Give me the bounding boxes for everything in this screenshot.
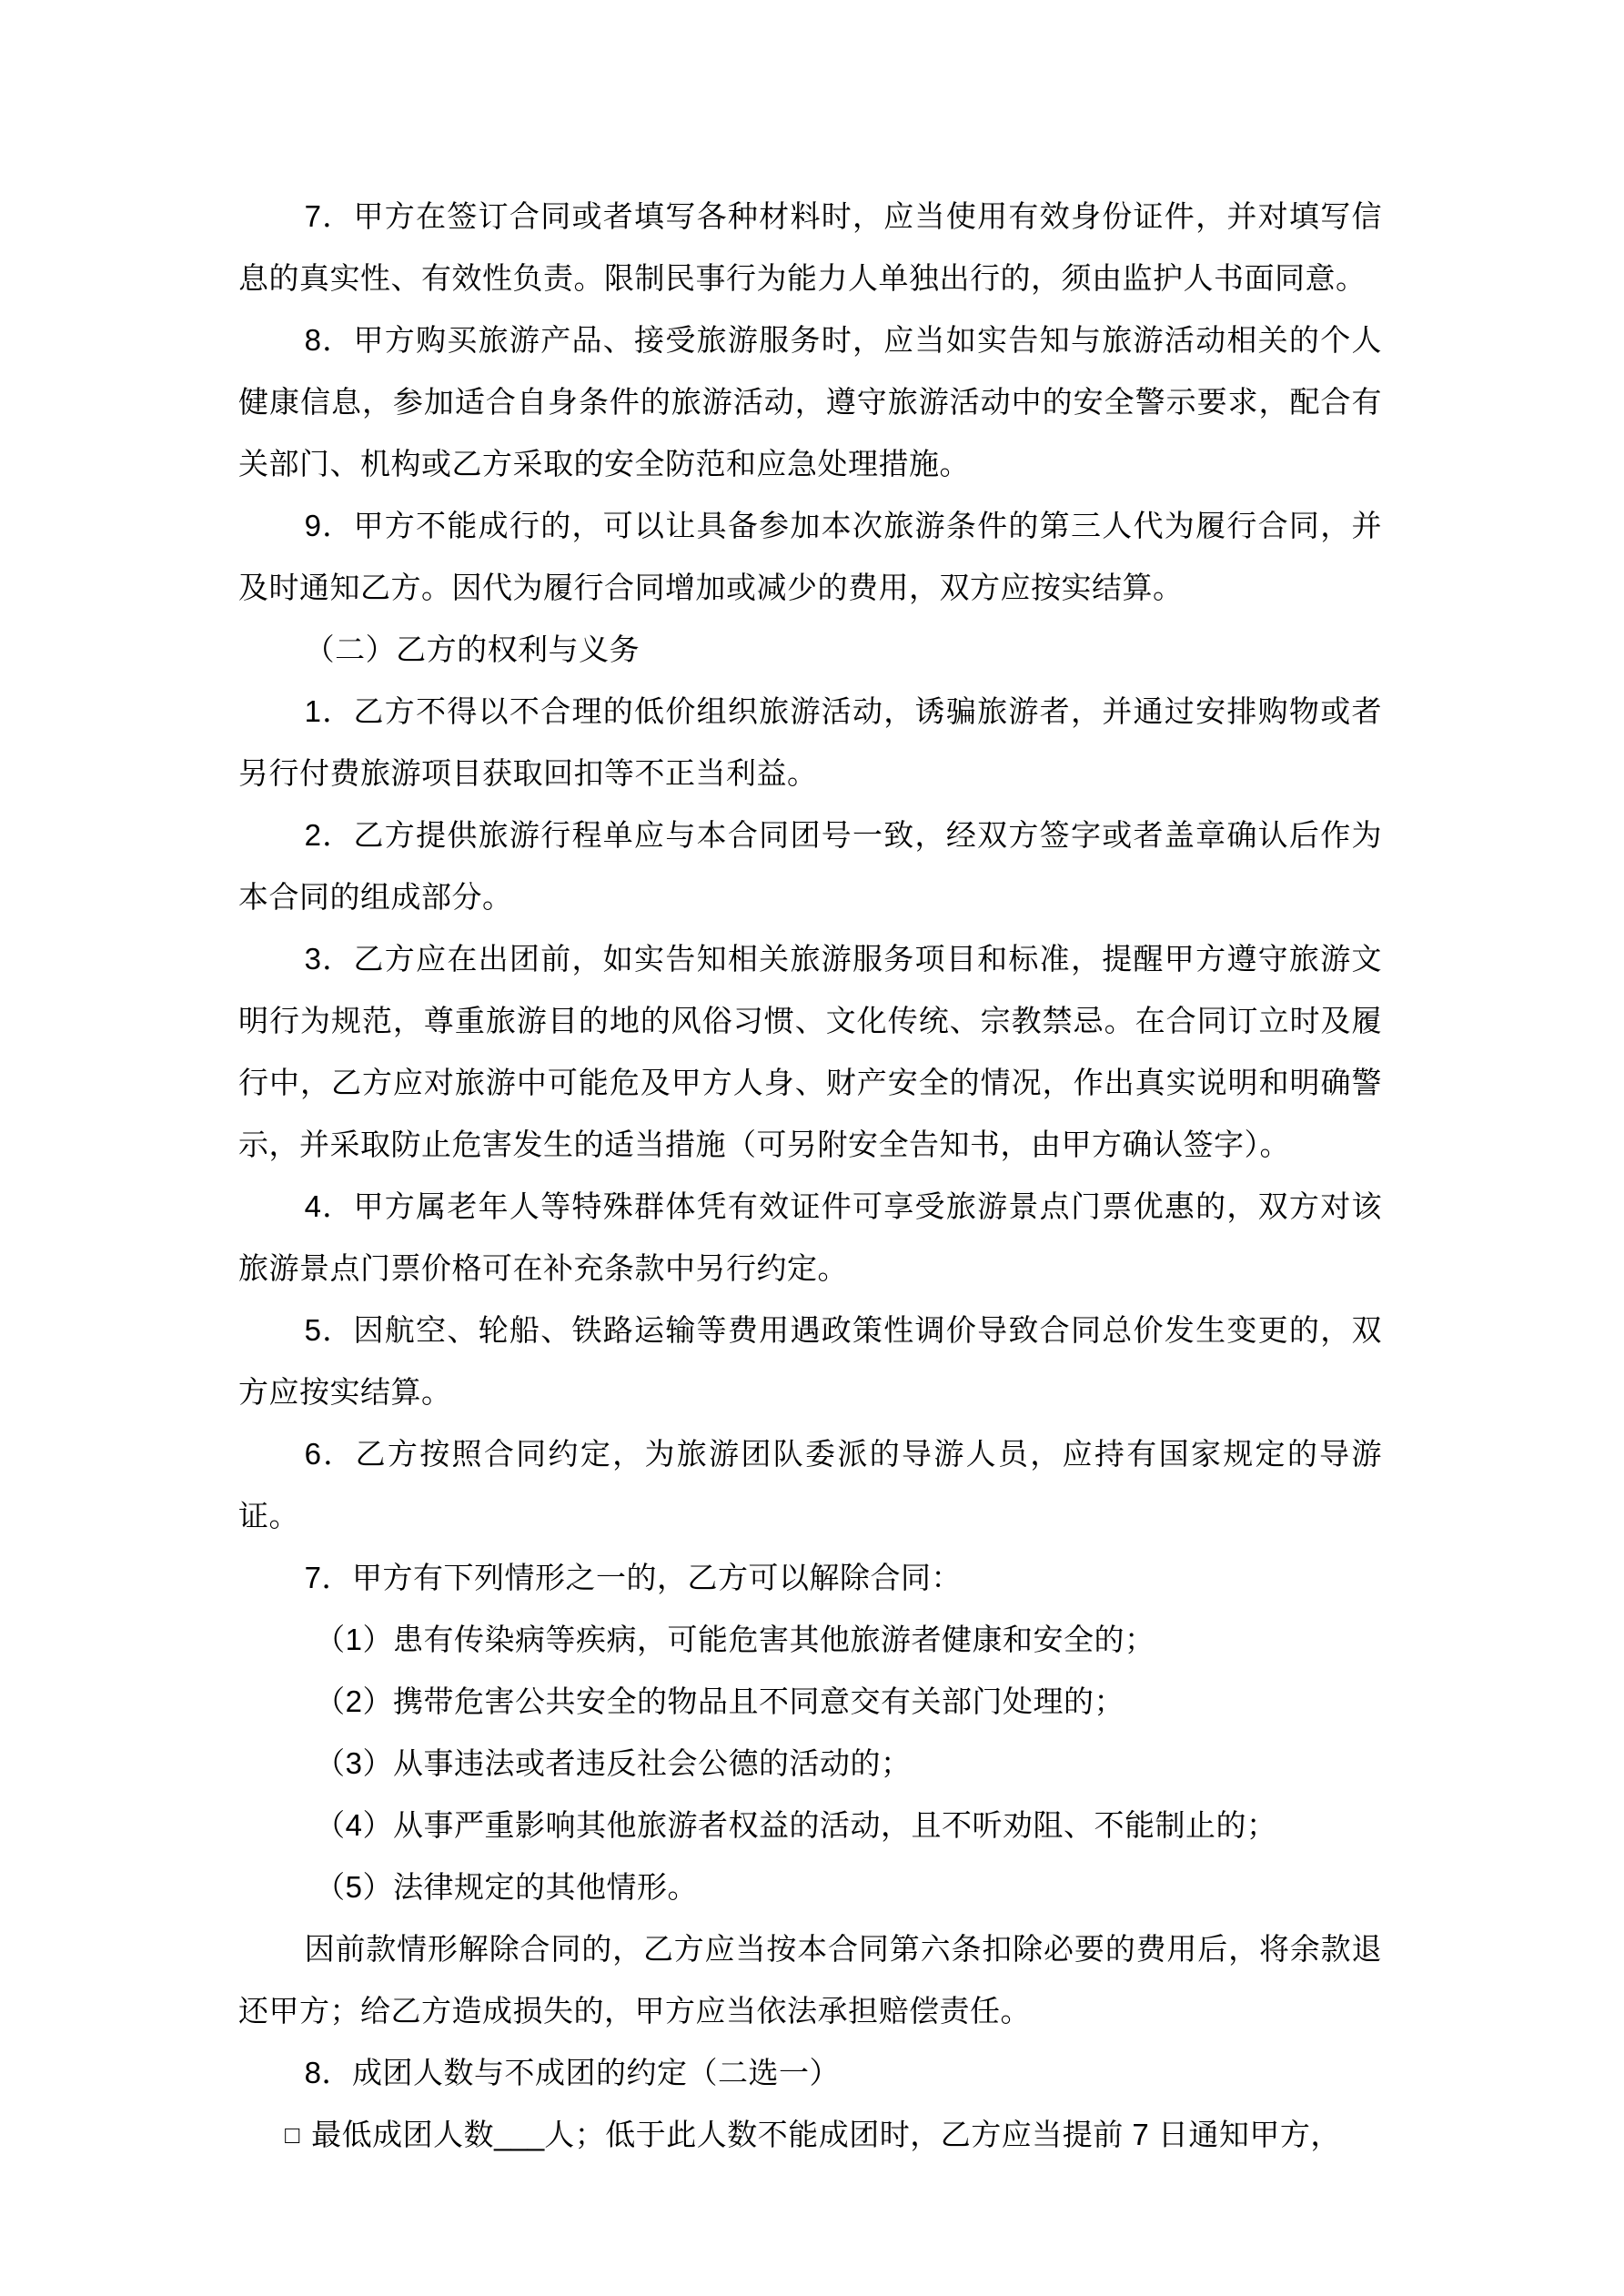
rescind-condition-4: （4）从事严重影响其他旅游者权益的活动，且不听劝阻、不能制止的； [238, 1795, 1382, 1856]
rescind-condition-3: （3）从事违法或者违反社会公德的活动的； [238, 1733, 1382, 1795]
clause-b-5: 5．因航空、轮船、铁路运输等费用遇政策性调价导致合同总价发生变更的，双方应按实结… [238, 1300, 1382, 1423]
min-group-size-label: 最低成团人数 [311, 2118, 494, 2151]
rescind-condition-2: （2）携带危害公共安全的物品且不同意交有关部门处理的； [238, 1671, 1382, 1733]
rescind-condition-5: （5）法律规定的其他情形。 [238, 1856, 1382, 1918]
rescind-condition-1: （1）患有传染病等疾病，可能危害其他旅游者健康和安全的； [238, 1609, 1382, 1671]
clause-b-6: 6．乙方按照合同约定，为旅游团队委派的导游人员，应持有国家规定的导游证。 [238, 1423, 1382, 1547]
refund-clause: 因前款情形解除合同的，乙方应当按本合同第六条扣除必要的费用后，将余款退还甲方；给… [238, 1918, 1382, 2042]
min-group-size-blank[interactable]: ___ [494, 2118, 544, 2151]
clause-b-3: 3．乙方应在出团前，如实告知相关旅游服务项目和标准，提醒甲方遵守旅游文明行为规范… [238, 928, 1382, 1176]
section-b-heading: （二）乙方的权利与义务 [238, 619, 1382, 681]
clause-b-1: 1．乙方不得以不合理的低价组织旅游活动，诱骗旅游者，并通过安排购物或者另行付费旅… [238, 681, 1382, 804]
clause-b-7: 7．甲方有下列情形之一的，乙方可以解除合同： [238, 1547, 1382, 1609]
clause-a-7: 7．甲方在签订合同或者填写各种材料时，应当使用有效身份证件，并对填写信息的真实性… [238, 186, 1382, 309]
min-group-size-option: □最低成团人数___人；低于此人数不能成团时，乙方应当提前 7 日通知甲方， [238, 2104, 1382, 2168]
clause-b-8-heading: 8．成团人数与不成团的约定（二选一） [238, 2042, 1382, 2104]
min-group-size-text: 人；低于此人数不能成团时，乙方应当提前 7 日通知甲方， [544, 2118, 1341, 2151]
contract-page: 7．甲方在签订合同或者填写各种材料时，应当使用有效身份证件，并对填写信息的真实性… [0, 0, 1624, 2296]
clause-b-4: 4．甲方属老年人等特殊群体凭有效证件可享受旅游景点门票优惠的，双方对该旅游景点门… [238, 1176, 1382, 1300]
clause-a-8: 8．甲方购买旅游产品、接受旅游服务时，应当如实告知与旅游活动相关的个人健康信息，… [238, 309, 1382, 495]
clause-a-9: 9．甲方不能成行的，可以让具备参加本次旅游条件的第三人代为履行合同，并及时通知乙… [238, 495, 1382, 619]
checkbox-unchecked-icon[interactable]: □ [285, 2121, 311, 2149]
clause-b-2: 2．乙方提供旅游行程单应与本合同团号一致，经双方签字或者盖章确认后作为本合同的组… [238, 804, 1382, 928]
